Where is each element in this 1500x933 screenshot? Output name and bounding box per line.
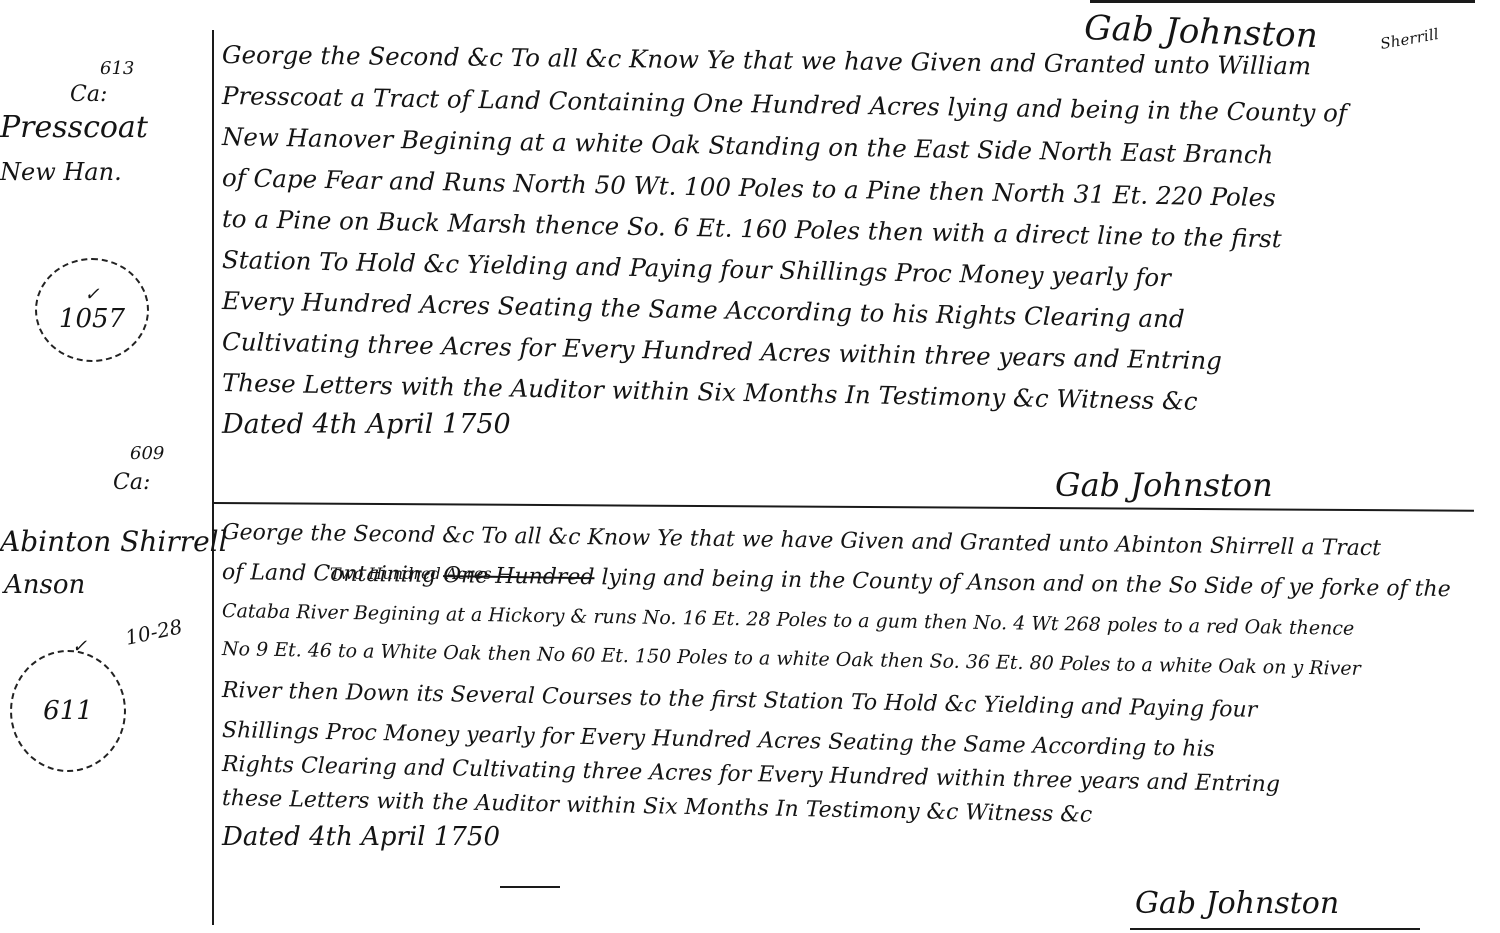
grant-2-line: George the Second &c To all &c Know Ye t… xyxy=(222,520,1381,561)
grant-1-line: Presscoat a Tract of Land Containing One… xyxy=(222,81,1347,128)
grant-1-line: Station To Hold &c Yielding and Paying f… xyxy=(222,245,1171,292)
grant-2-line-start: of Land Containing One Hundred lying and… xyxy=(222,560,1451,602)
grant-1-line: Cultivating three Acres for Every Hundre… xyxy=(222,327,1222,375)
margin-entry-2-name: Abinton Shirrell xyxy=(0,525,228,558)
margin-entry-2-side-note: 10-28 xyxy=(123,614,184,649)
margin-entry-1-county: New Han. xyxy=(0,158,122,186)
grant-1-line: to a Pine on Buck Marsh thence So. 6 Et.… xyxy=(222,204,1282,253)
margin-entry-2-abbrev: Ca: xyxy=(113,470,150,495)
check-mark-icon: ✓ xyxy=(84,286,99,304)
grant-2-line: River then Down its Several Courses to t… xyxy=(222,678,1258,723)
grant-1-line: of Cape Fear and Runs North 50 Wt. 100 P… xyxy=(222,163,1276,212)
margin-entry-2-county: Anson xyxy=(4,570,85,600)
grant-1-line: New Hanover Begining at a white Oak Stan… xyxy=(222,122,1274,169)
margin-entry-2-stamp: ✓ 611 xyxy=(10,650,126,772)
stamp-number: 611 xyxy=(43,696,93,726)
grant-1-date: Dated 4th April 1750 xyxy=(222,409,511,440)
stamp-number: 1057 xyxy=(59,304,125,334)
grant-2-date: Dated 4th April 1750 xyxy=(222,822,500,852)
check-mark-icon: ✓ xyxy=(72,638,87,656)
struck-text: One Hundred xyxy=(443,563,595,590)
grant-2-line: Cataba River Begining at a Hickory & run… xyxy=(222,600,1355,640)
margin-entry-1-name: Presscoat xyxy=(0,110,148,145)
document-page: Gab Johnston Sherrill 613 Ca: Presscoat … xyxy=(0,0,1500,933)
signature-underline xyxy=(1130,928,1420,930)
grant-2-line: No 9 Et. 46 to a White Oak then No 60 Et… xyxy=(222,638,1361,680)
margin-entry-1-number: 613 xyxy=(100,58,134,79)
margin-entry-1-abbrev: Ca: xyxy=(70,82,107,107)
grant-2-line-text: of Land Containing xyxy=(222,560,436,588)
grant-1-line: Every Hundred Acres Seating the Same Acc… xyxy=(222,286,1185,333)
top-rule xyxy=(1090,0,1475,3)
grant-1-signature: Gab Johnston xyxy=(1055,466,1273,504)
section-divider xyxy=(214,502,1474,512)
grant-2-signature: Gab Johnston xyxy=(1135,886,1339,921)
date-dash xyxy=(500,886,560,888)
margin-entry-2-number: 609 xyxy=(130,443,164,464)
header-note: Sherrill xyxy=(1379,25,1440,53)
margin-rule xyxy=(212,30,214,925)
margin-entry-1-stamp: ✓ 1057 xyxy=(35,258,149,362)
grant-2-line-text: lying and being in the County of Anson a… xyxy=(601,565,1451,602)
